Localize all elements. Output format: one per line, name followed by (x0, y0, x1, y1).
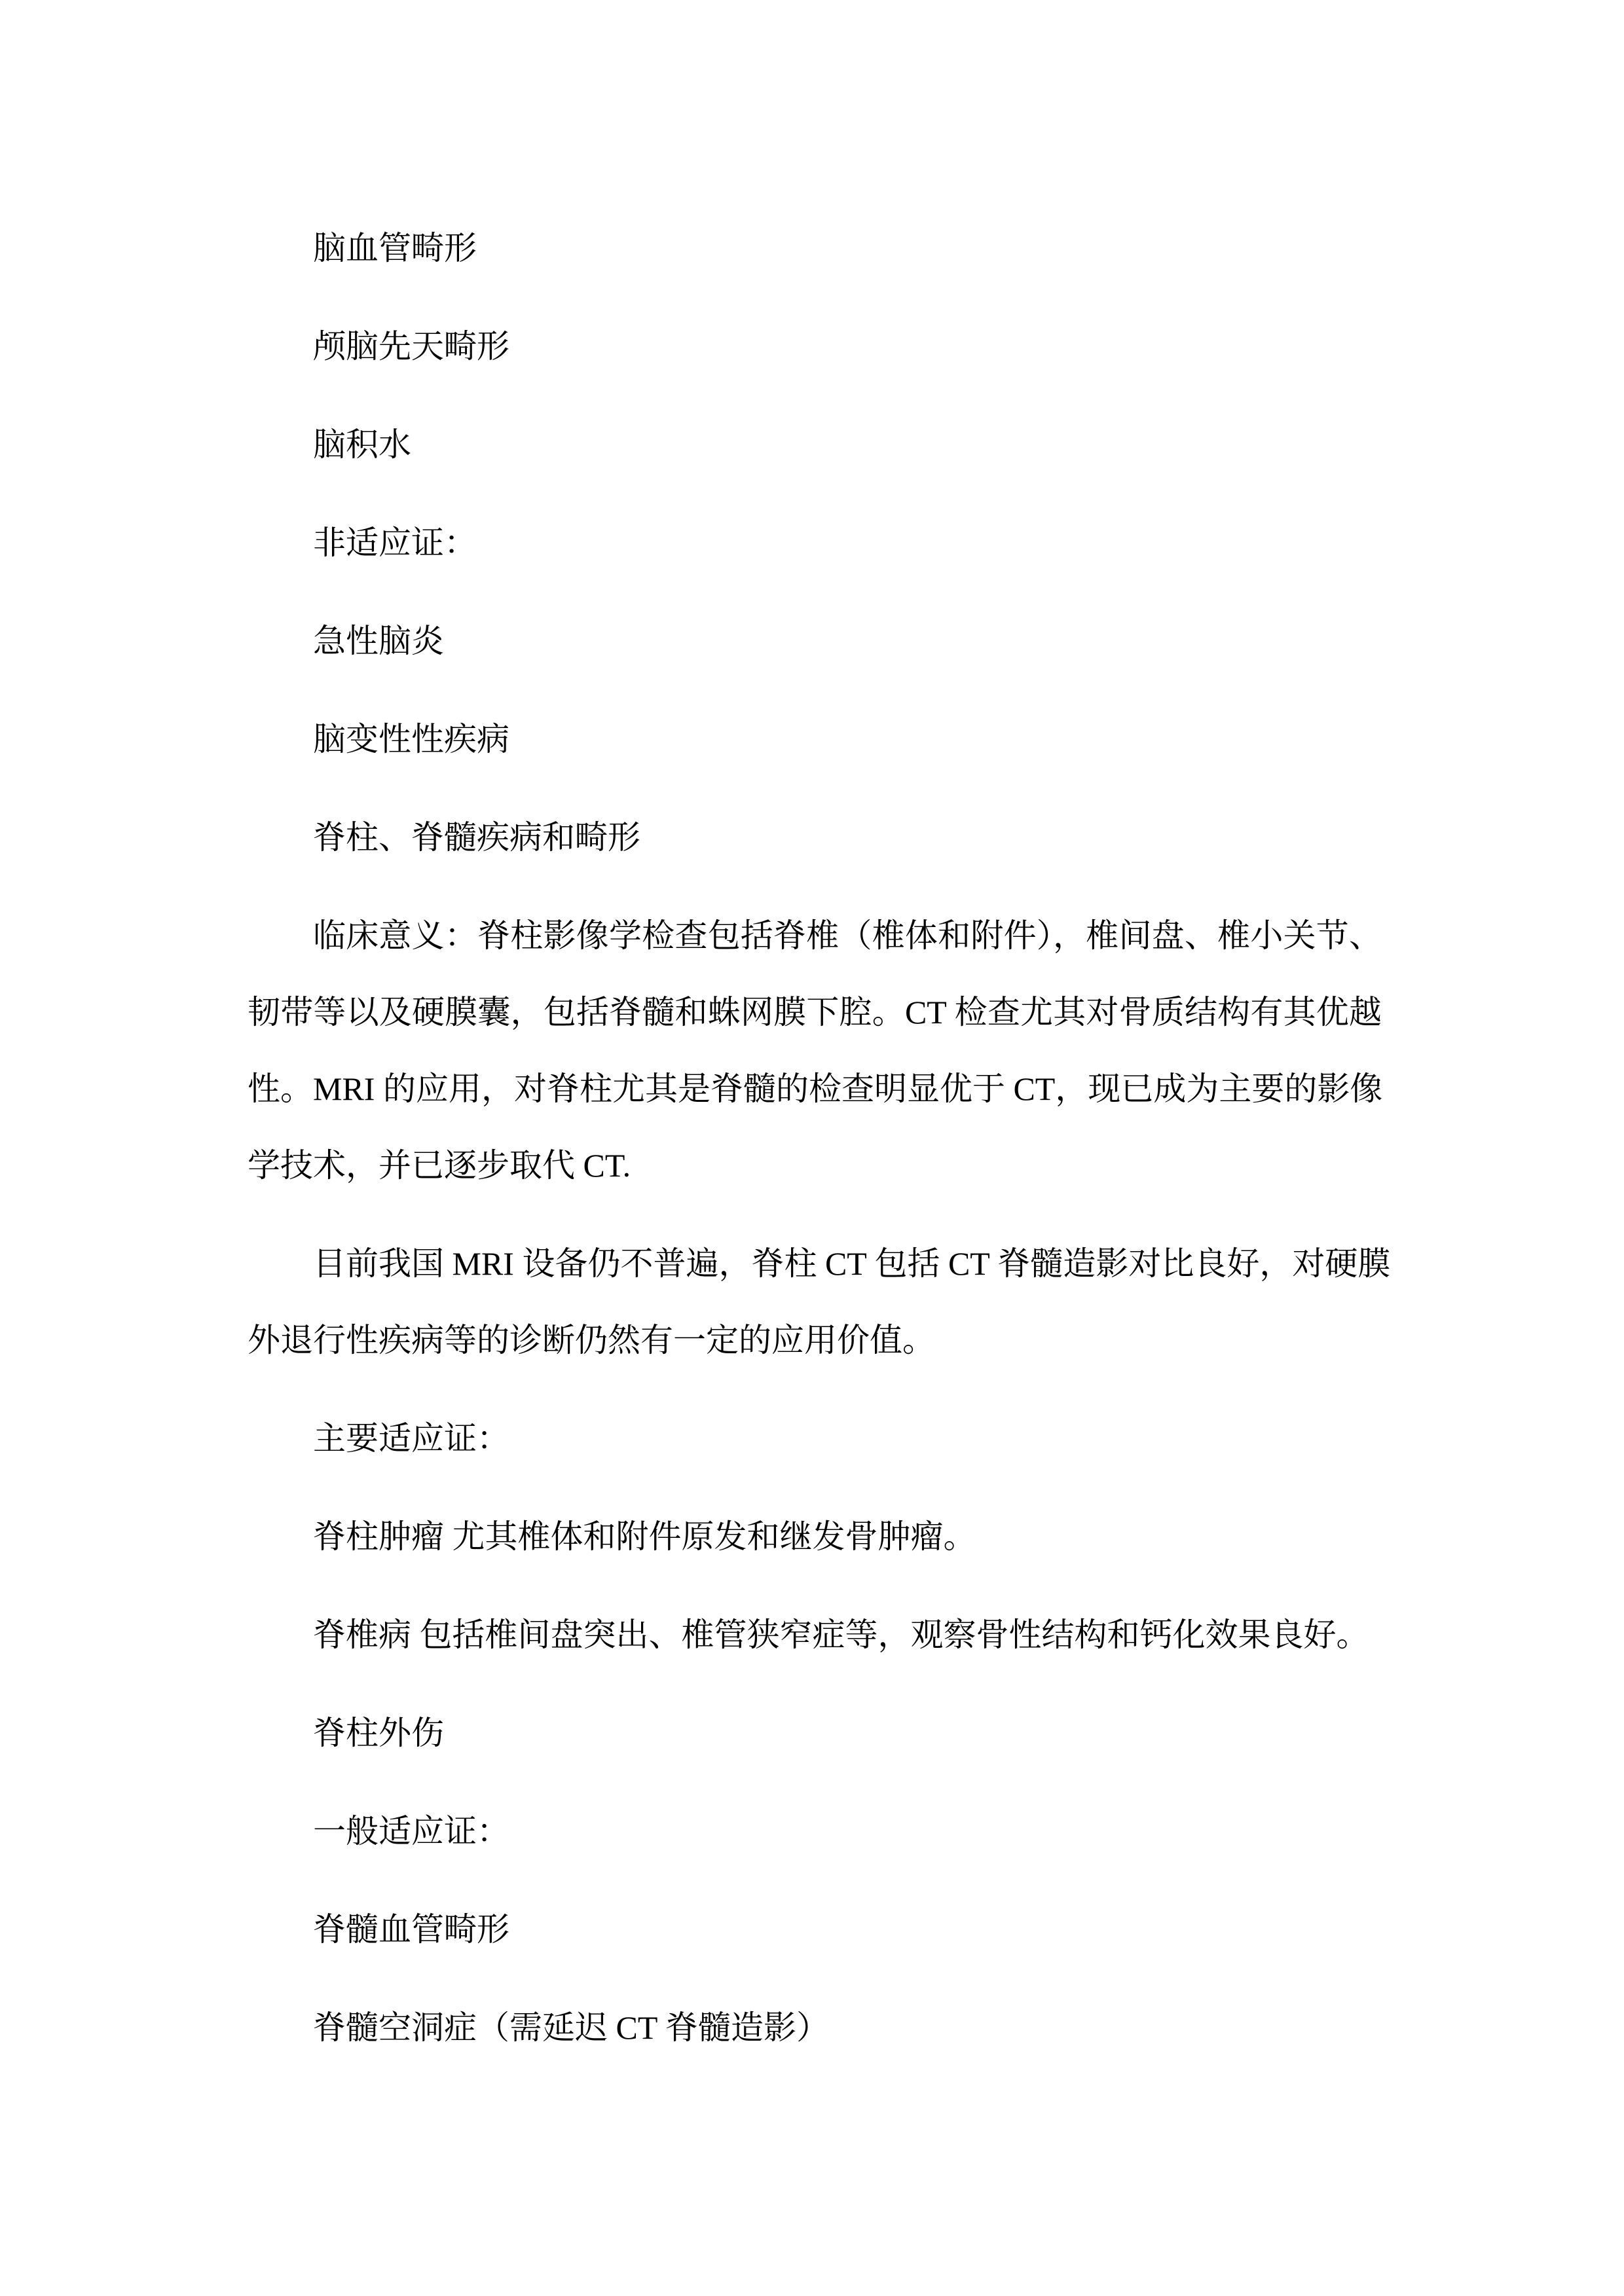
list-item-brain-degenerative-disease: 脑变性性疾病 (248, 701, 1382, 778)
page-content: 脑血管畸形 颅脑先天畸形 脑积水 非适应证： 急性脑炎 脑变性性疾病 脊柱、脊髓… (248, 210, 1382, 2066)
list-item-syringomyelia: 脊髓空洞症（需延迟 CT 脊髓造影） (248, 1990, 1382, 2066)
heading-general-indications: 一般适应证： (248, 1793, 1382, 1870)
document-page: 脑血管畸形 颅脑先天畸形 脑积水 非适应证： 急性脑炎 脑变性性疾病 脊柱、脊髓… (0, 0, 1624, 2296)
list-item-spinal-trauma: 脊柱外伤 (248, 1695, 1382, 1772)
heading-non-indications: 非适应证： (248, 505, 1382, 581)
list-item-congenital-craniocerebral-malformation: 颅脑先天畸形 (248, 308, 1382, 385)
paragraph-clinical-significance-line-3: 性。MRI 的应用，对脊柱尤其是脊髓的检查明显优于 CT，现已成为主要的影像 (248, 1051, 1382, 1127)
paragraph-clinical-significance-line-2: 韧带等以及硬膜囊，包括脊髓和蛛网膜下腔。CT 检查尤其对骨质结构有其优越 (248, 974, 1382, 1051)
heading-main-indications: 主要适应证： (248, 1400, 1382, 1477)
list-item-spinal-tumor: 脊柱肿瘤 尤其椎体和附件原发和继发骨肿瘤。 (248, 1499, 1382, 1575)
paragraph-mri-availability-line-2: 外退行性疾病等的诊断仍然有一定的应用价值。 (248, 1302, 1382, 1379)
paragraph-mri-availability-line-1: 目前我国 MRI 设备仍不普遍，脊柱 CT 包括 CT 脊髓造影对比良好，对硬膜 (248, 1226, 1382, 1302)
paragraph-clinical-significance-line-4: 学技术，并已逐步取代 CT. (248, 1127, 1382, 1204)
paragraph-clinical-significance-line-1: 临床意义：脊柱影像学检查包括脊椎（椎体和附件），椎间盘、椎小关节、 (248, 898, 1382, 974)
list-item-spondylosis: 脊椎病 包括椎间盘突出、椎管狭窄症等，观察骨性结构和钙化效果良好。 (248, 1597, 1382, 1673)
list-item-hydrocephalus: 脑积水 (248, 407, 1382, 483)
list-item-spinal-cord-vascular-malformation: 脊髓血管畸形 (248, 1891, 1382, 1968)
list-item-brain-vascular-malformation: 脑血管畸形 (248, 210, 1382, 287)
heading-spine-spinal-cord-diseases: 脊柱、脊髓疾病和畸形 (248, 799, 1382, 876)
list-item-acute-encephalitis: 急性脑炎 (248, 603, 1382, 680)
